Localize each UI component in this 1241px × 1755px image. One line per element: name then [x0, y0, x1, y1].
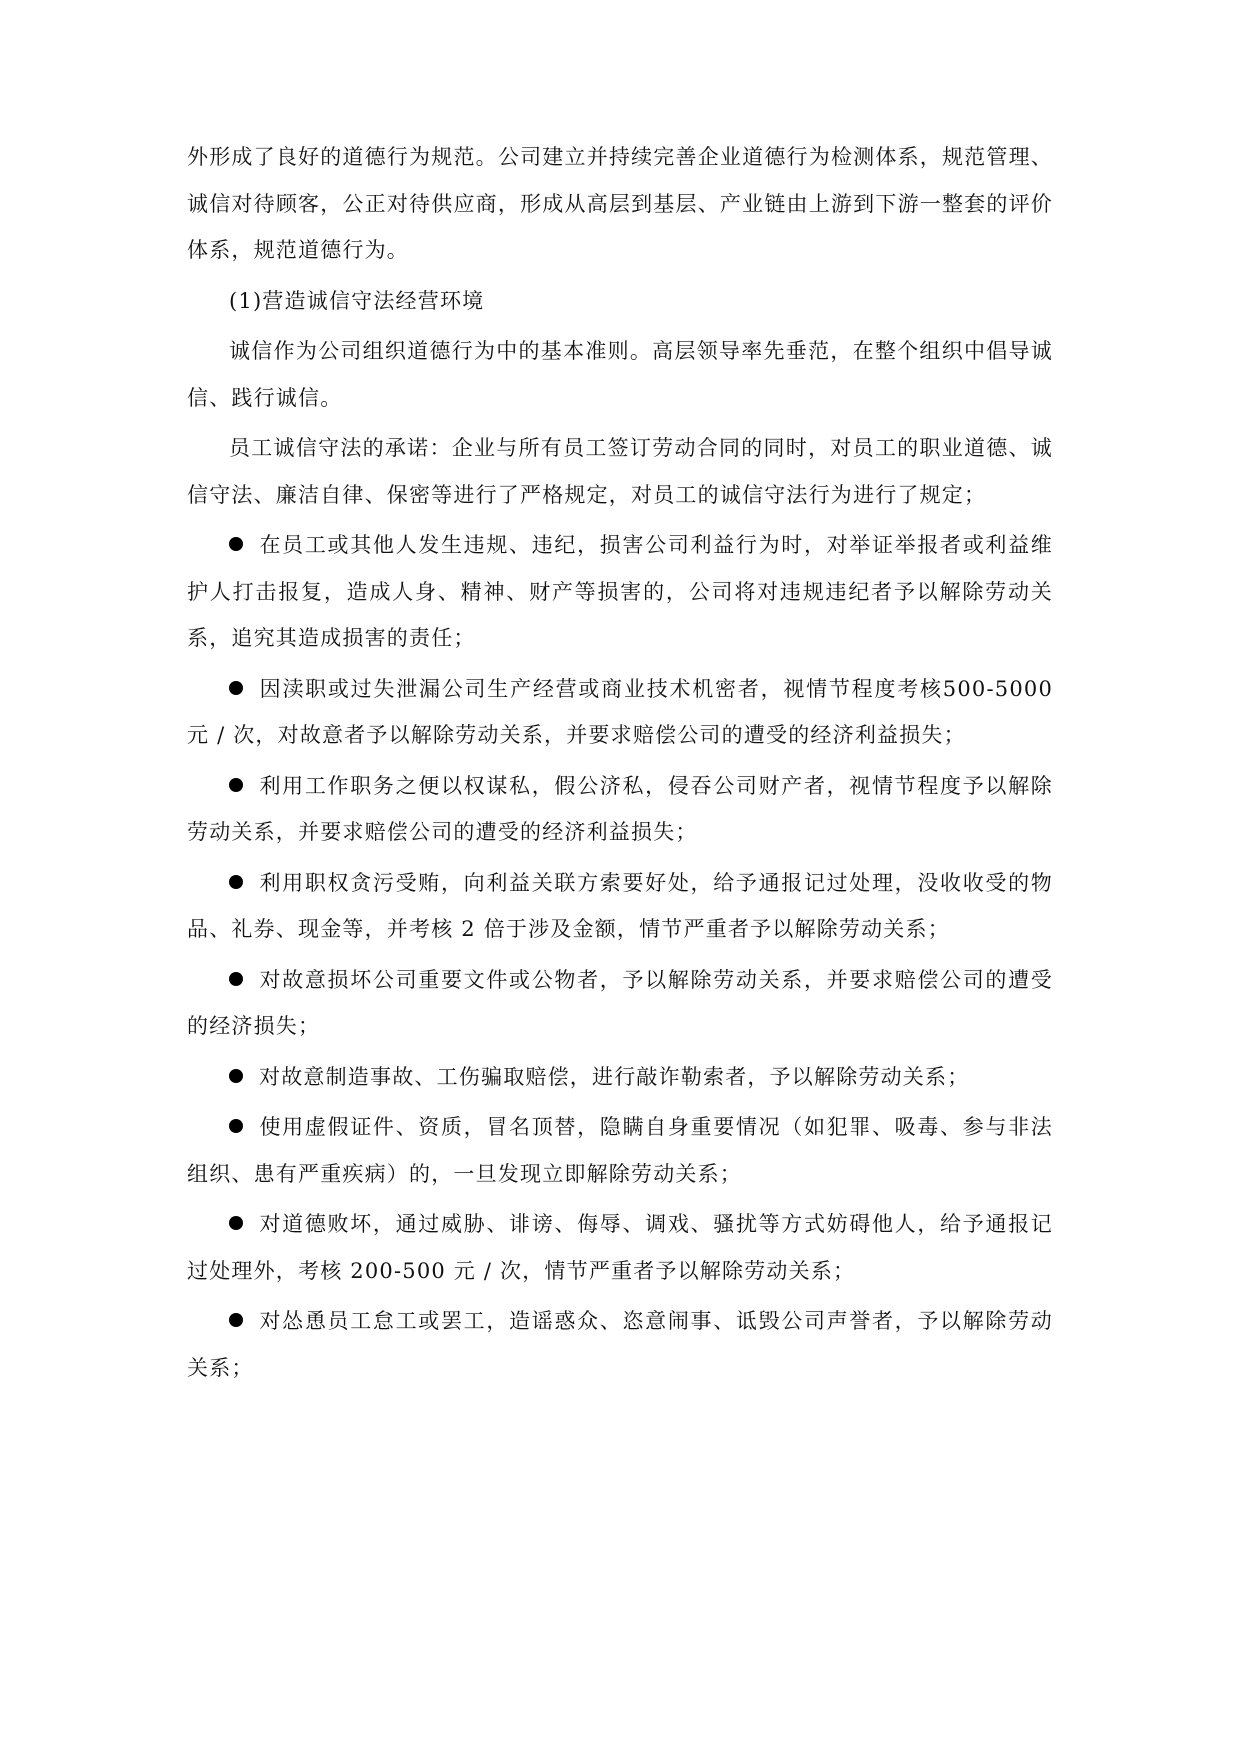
bullet-icon	[229, 875, 243, 889]
bullet-text: 在员工或其他人发生违规、违纪，损害公司利益行为时，对举证举报者或利益维护人打击报…	[187, 533, 1053, 650]
bullet-text: 对故意制造事故、工伤骗取赔偿，进行敲诈勒索者，予以解除劳动关系；	[259, 1065, 969, 1089]
document-page: 外形成了良好的道德行为规范。公司建立并持续完善企业道德行为检测体系，规范管理、诚…	[187, 134, 1053, 1391]
bullet-icon	[229, 1069, 243, 1083]
bullet-item: 利用职权贪污受贿，向利益关联方索要好处，给予通报记过处理，没收收受的物品、礼券、…	[187, 860, 1053, 953]
paragraph-employee-commitment: 员工诚信守法的承诺：企业与所有员工签订劳动合同的同时，对员工的职业道德、诚信守法…	[187, 425, 1053, 518]
section-heading: (1)营造诚信守法经营环境	[187, 278, 1053, 325]
bullet-icon	[229, 778, 243, 792]
bullet-item: 对道德败坏，通过威胁、诽谤、侮辱、调戏、骚扰等方式妨碍他人，给予通报记过处理外，…	[187, 1201, 1053, 1294]
bullet-icon	[229, 1119, 243, 1133]
bullet-icon	[229, 1216, 243, 1230]
bullet-icon	[229, 537, 243, 551]
bullet-text: 对道德败坏，通过威胁、诽谤、侮辱、调戏、骚扰等方式妨碍他人，给予通报记过处理外，…	[187, 1212, 1053, 1283]
bullet-text: 因渎职或过失泄漏公司生产经营或商业技术机密者，视情节程度考核500-5000 元…	[187, 677, 1053, 748]
bullet-icon	[229, 1313, 243, 1327]
bullet-text: 利用职权贪污受贿，向利益关联方索要好处，给予通报记过处理，没收收受的物品、礼券、…	[187, 871, 1053, 942]
bullet-text: 对故意损坏公司重要文件或公物者，予以解除劳动关系，并要求赔偿公司的遭受的经济损失…	[187, 968, 1053, 1039]
bullet-item: 在员工或其他人发生违规、违纪，损害公司利益行为时，对举证举报者或利益维护人打击报…	[187, 522, 1053, 662]
bullet-item: 对故意损坏公司重要文件或公物者，予以解除劳动关系，并要求赔偿公司的遭受的经济损失…	[187, 957, 1053, 1050]
bullet-text: 使用虚假证件、资质，冒名顶替，隐瞒自身重要情况（如犯罪、吸毒、参与非法组织、患有…	[187, 1115, 1053, 1186]
bullet-item: 因渎职或过失泄漏公司生产经营或商业技术机密者，视情节程度考核500-5000 元…	[187, 666, 1053, 759]
bullet-item: 对故意制造事故、工伤骗取赔偿，进行敲诈勒索者，予以解除劳动关系；	[187, 1054, 1053, 1101]
bullet-item: 使用虚假证件、资质，冒名顶替，隐瞒自身重要情况（如犯罪、吸毒、参与非法组织、患有…	[187, 1104, 1053, 1197]
paragraph-continuation: 外形成了良好的道德行为规范。公司建立并持续完善企业道德行为检测体系，规范管理、诚…	[187, 134, 1053, 274]
paragraph-integrity-principle: 诚信作为公司组织道德行为中的基本准则。高层领导率先垂范，在整个组织中倡导诚信、践…	[187, 328, 1053, 421]
bullet-text: 利用工作职务之便以权谋私，假公济私，侵吞公司财产者，视情节程度予以解除劳动关系，…	[187, 774, 1053, 845]
bullet-item: 利用工作职务之便以权谋私，假公济私，侵吞公司财产者，视情节程度予以解除劳动关系，…	[187, 763, 1053, 856]
bullet-text: 对怂恿员工怠工或罢工，造谣惑众、恣意闹事、诋毁公司声誉者，予以解除劳动关系；	[187, 1309, 1053, 1380]
bullet-item: 对怂恿员工怠工或罢工，造谣惑众、恣意闹事、诋毁公司声誉者，予以解除劳动关系；	[187, 1298, 1053, 1391]
bullet-icon	[229, 972, 243, 986]
bullet-icon	[229, 681, 243, 695]
